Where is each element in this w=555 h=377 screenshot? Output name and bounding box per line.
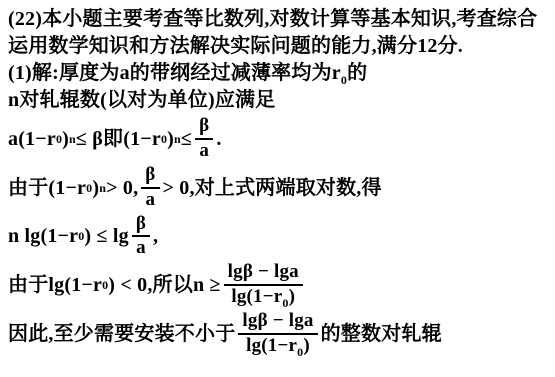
fraction-numerator: β [132,214,150,238]
fraction-numerator: β [141,165,159,189]
subscript: 0 [341,73,347,87]
problem-note-line-1: (22)本小题主要考查等比数列,对数计算等基本知识,考查综合 [8,6,549,32]
solution-intro-line-2: n对轧辊数(以对为单位)应满足 [8,87,549,113]
formula-inequality: a(1−r0)n ≤ β即(1−r0)n ≤ βa. [8,116,549,162]
subscript: 0 [282,296,288,310]
problem-note-line-2: 运用数学知识和方法解决实际问题的能力,满分12分. [8,33,549,59]
fraction: βa [141,165,159,211]
fraction-numerator: lgβ − lga [224,262,303,286]
fraction-denominator: a [142,189,160,211]
subscript: 0 [297,345,303,359]
fraction-denominator: lg(1−r0) [242,335,314,357]
fraction: lgβ − lgalg(1−r0) [238,311,317,357]
fraction-denominator: a [195,140,213,162]
fraction-numerator: lgβ − lga [238,311,317,335]
fraction-denominator: a [132,237,150,259]
solution-intro-line-1: (1)解:厚度为a的带纲经过减薄率均为r0的 [8,60,549,86]
conclusion: 因此,至少需要安装不小于lgβ − lgalg(1−r0)的整数对轧辊 [8,311,549,357]
formula-log-inequality: n lg(1−r0) ≤ lgβa, [8,214,549,260]
fraction: βa [195,116,213,162]
fraction-numerator: β [195,116,213,140]
formula-n-bound: 由于lg(1−r0) < 0,所以n ≥ lgβ − lgalg(1−r0) [8,262,549,308]
fraction: βa [132,214,150,260]
fraction: lgβ − lgalg(1−r0) [224,262,303,308]
formula-positivity: 由于(1−r0)n > 0,βa > 0,对上式两端取对数,得 [8,165,549,211]
fraction-denominator: lg(1−r0) [227,286,299,308]
document-page: (22)本小题主要考查等比数列,对数计算等基本知识,考查综合 运用数学知识和方法… [0,0,555,377]
